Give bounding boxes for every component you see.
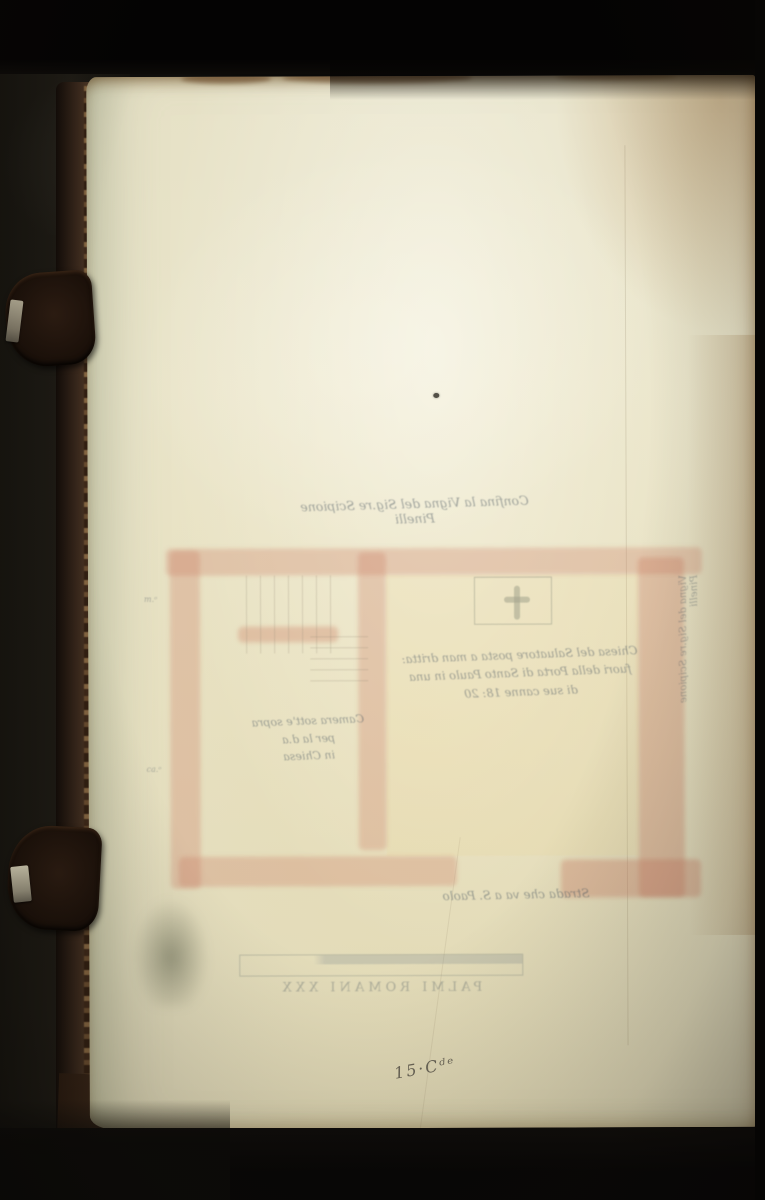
camera-room-label: Camera sott'e sopra per la d.a in Chiesa [242,710,376,768]
staircase-lower-flight [310,636,368,686]
plan-wall-bottom-left [179,856,457,887]
background-top-shadow [330,60,765,100]
plan-wall-middle [358,552,387,850]
street-label: Strada che va a S. Paolo [423,886,609,904]
church-room-label: Chiesa del Saluatore posta a man dritta:… [383,640,657,706]
scale-bar [239,954,523,977]
label-line: Camera sott'e sopra per la d.a [242,710,375,750]
floor-plan: Chiesa del Saluatore posta a man dritta:… [170,547,701,899]
background-right-band [755,0,765,1200]
ink-spot [433,393,439,398]
vellum-page: Confina la Vigna del Sig.re Scipione Pin… [86,75,759,1129]
dark-smudge-stain [133,897,209,1007]
plan-wall-left [170,551,201,889]
margin-measure-mark: m.ᵒ [144,595,157,604]
altar-cross-icon [500,586,534,620]
vineyard-side-label: Vigna del Sig.re Scipione Pinelli [678,575,701,725]
margin-measure-mark: ca.ᵒ [147,765,162,774]
plan-wall-top [166,547,702,576]
manuscript-photo: Confina la Vigna del Sig.re Scipione Pin… [0,0,765,1200]
clasp-metal-buckle-bottom [10,865,32,903]
scale-bar-label: PALMI ROMANI XXX [239,980,521,996]
label-line: in Chiesa [243,745,376,768]
mirrored-caption: Confina la Vigna del Sig.re Scipione Pin… [295,493,534,530]
background-bottom-shadow [0,1100,230,1200]
